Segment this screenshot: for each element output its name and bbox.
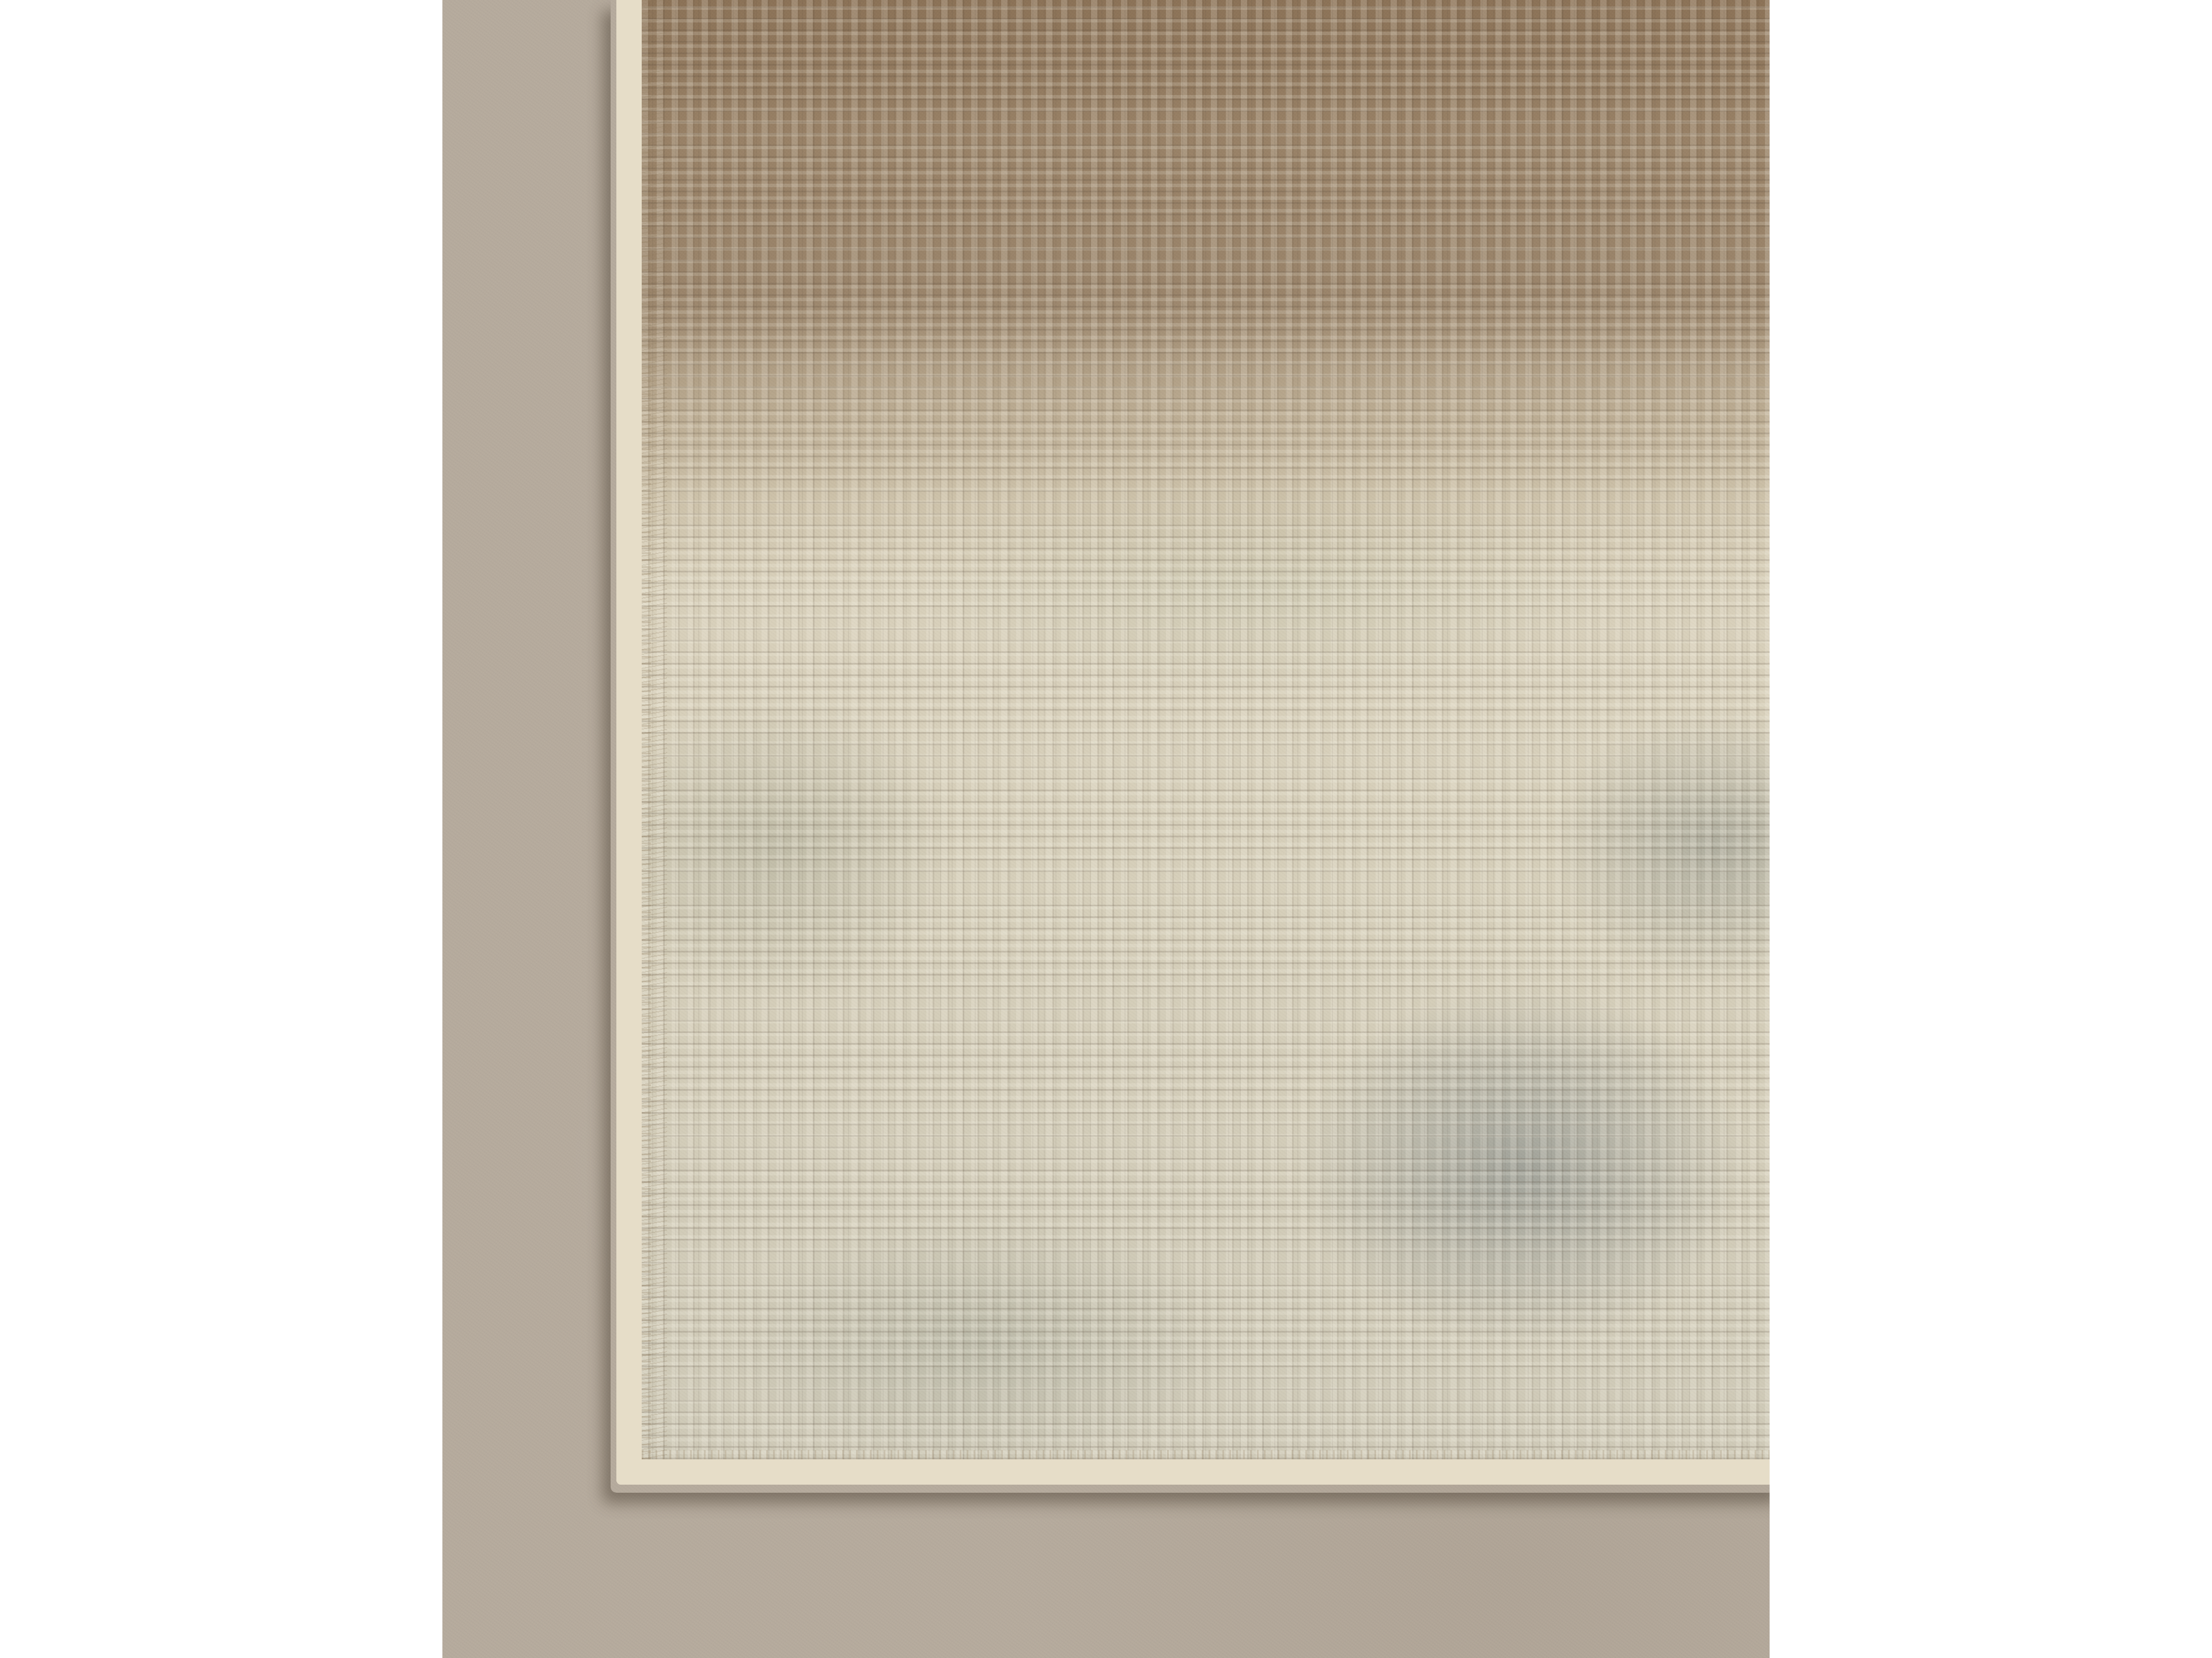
- product-photo: [442, 0, 1770, 1658]
- rug-edge-binding: [616, 0, 1770, 1485]
- rug-corner: [616, 0, 1770, 1485]
